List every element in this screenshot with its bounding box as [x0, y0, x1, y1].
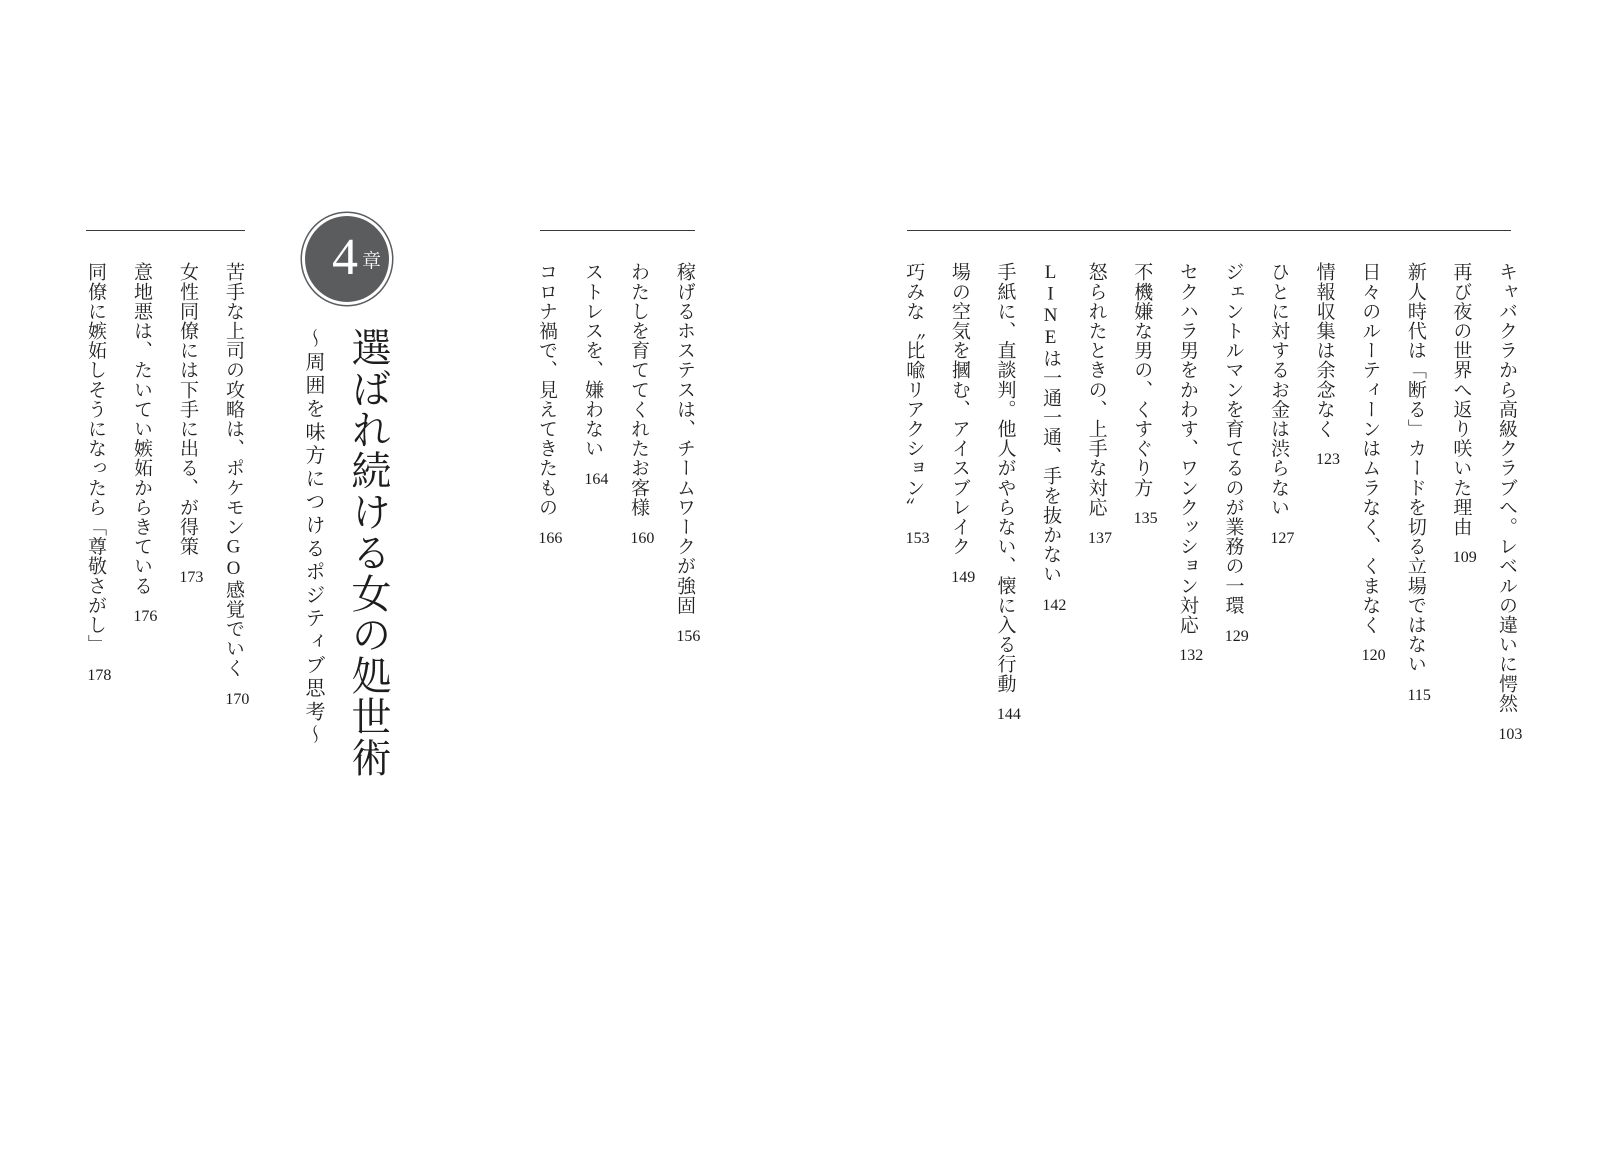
toc-entry: コロナ禍で、見えてきたもの166: [523, 262, 569, 752]
chapter-unit-label: 章: [362, 252, 381, 271]
toc-entry: 不機嫌な男の、くすぐり方135: [1119, 262, 1165, 807]
toc-entry: ジェントルマンを育てるのが業務の一環129: [1210, 262, 1256, 807]
toc-entry: LINEは一通一通、手を抜かない142: [1027, 262, 1073, 807]
toc-entry-title: 情報収集は余念なく: [1314, 262, 1335, 438]
toc-entry-page-number: 149: [951, 570, 975, 586]
toc-entry-title: 場の空気を摑む、アイスブレイク: [949, 262, 970, 556]
section-divider-right: [907, 230, 1511, 231]
toc-entry-page-number: 115: [1407, 688, 1430, 704]
toc-entry: ストレスを、嫌わない164: [569, 262, 615, 752]
toc-entry: 場の空気を摑む、アイスブレイク149: [936, 262, 982, 807]
toc-entry: 稼げるホステスは、チームワークが強固156: [661, 262, 707, 752]
toc-entry-page-number: 166: [538, 531, 562, 547]
toc-entry-page-number: 156: [676, 629, 700, 645]
chapter-title: 選ばれ続ける女の処世術: [346, 327, 390, 778]
toc-entry-page-number: 129: [1225, 629, 1249, 645]
section-divider-left: [86, 230, 245, 231]
toc-entry: 情報収集は余念なく123: [1301, 262, 1347, 807]
toc-entry: 手紙に、直談判。他人がやらない、懐に入る行動144: [982, 262, 1028, 807]
toc-entry-page-number: 137: [1088, 531, 1112, 547]
toc-entry-page-number: 178: [87, 668, 111, 684]
toc-entry-title: 不機嫌な男の、くすぐり方: [1131, 262, 1152, 497]
book-toc-page: { "colors": { "ink": "#222222", "badge_g…: [0, 0, 1600, 1174]
toc-entry: 再び夜の世界へ返り咲いた理由109: [1438, 262, 1484, 807]
toc-entry-page-number: 176: [133, 609, 157, 625]
toc-entry-title: ストレスを、嫌わない: [582, 262, 603, 458]
section-divider-middle: [540, 230, 695, 231]
toc-entry-title: 意地悪は、たいてい嫉妬からきている: [131, 262, 152, 595]
toc-entry-title: ひとに対するお金は渋らない: [1268, 262, 1289, 517]
toc-entry: セクハラ男をかわす、ワンクッション対応132: [1164, 262, 1210, 807]
toc-entry-title: 稼げるホステスは、チームワークが強固: [674, 262, 695, 615]
toc-left-page-lower-entries: 苦手な上司の攻略は、ポケモンGO感覚でいく170 女性同僚には下手に出る、が得策…: [72, 262, 256, 762]
toc-entry-page-number: 127: [1270, 531, 1294, 547]
toc-entry-title: 日々のルーティーンはムラなく、くまなく: [1359, 262, 1380, 634]
toc-entry: 怒られたときの、上手な対応137: [1073, 262, 1119, 807]
toc-entry: 同僚に嫉妬しそうになったら「尊敬さがし」178: [72, 262, 118, 762]
toc-entry: ひとに対するお金は渋らない127: [1255, 262, 1301, 807]
toc-entry-title: 手紙に、直談判。他人がやらない、懐に入る行動: [994, 262, 1015, 693]
toc-entry-page-number: 160: [630, 531, 654, 547]
toc-entry-title: 巧みな〝比喩リアクション〟: [903, 262, 924, 517]
toc-entry-title: 同僚に嫉妬しそうになったら「尊敬さがし」: [85, 262, 106, 654]
toc-left-page-upper-entries: 稼げるホステスは、チームワークが強固156 わたしを育ててくれたお客様160 ス…: [523, 262, 707, 752]
chapter-badge-circle: 4 章: [302, 213, 392, 305]
toc-entry: 苦手な上司の攻略は、ポケモンGO感覚でいく170: [210, 262, 256, 762]
toc-entry-page-number: 120: [1362, 648, 1386, 664]
toc-entry-title: 苦手な上司の攻略は、ポケモンGO感覚でいく: [223, 262, 244, 678]
toc-entry-page-number: 123: [1316, 452, 1340, 468]
toc-entry: わたしを育ててくれたお客様160: [615, 262, 661, 752]
toc-entry-page-number: 109: [1453, 550, 1477, 566]
toc-entry-page-number: 142: [1042, 598, 1066, 614]
toc-entry-title: キャバクラから高級クラブへ。レベルの違いに愕然: [1496, 262, 1517, 713]
toc-entry-title: セクハラ男をかわす、ワンクッション対応: [1177, 262, 1198, 634]
toc-entry-page-number: 173: [179, 570, 203, 586]
toc-entry-title: わたしを育ててくれたお客様: [628, 262, 649, 517]
toc-entry-page-number: 170: [225, 692, 249, 708]
chapter-number: 4: [332, 232, 358, 284]
toc-entry: 巧みな〝比喩リアクション〟153: [891, 262, 937, 807]
toc-entry-title: 新人時代は「断る」カードを切る立場ではない: [1405, 262, 1426, 674]
toc-entry-page-number: 103: [1498, 727, 1522, 743]
toc-entry: 意地悪は、たいてい嫉妬からきている176: [118, 262, 164, 762]
toc-entry-page-number: 164: [584, 472, 608, 488]
toc-entry: 女性同僚には下手に出る、が得策173: [164, 262, 210, 762]
toc-right-page-entries: キャバクラから高級クラブへ。レベルの違いに愕然103 再び夜の世界へ返り咲いた理…: [889, 262, 1529, 807]
toc-entry-title: コロナ禍で、見えてきたもの: [536, 262, 557, 517]
toc-entry-page-number: 135: [1134, 511, 1158, 527]
toc-entry: 日々のルーティーンはムラなく、くまなく120: [1347, 262, 1393, 807]
toc-entry-title: 怒られたときの、上手な対応: [1086, 262, 1107, 517]
toc-entry-page-number: 153: [906, 531, 930, 547]
toc-entry-title: 再び夜の世界へ返り咲いた理由: [1450, 262, 1471, 536]
toc-entry-title: ジェントルマンを育てるのが業務の一環: [1222, 262, 1243, 615]
toc-entry-page-number: 144: [997, 707, 1021, 723]
toc-entry: キャバクラから高級クラブへ。レベルの違いに愕然103: [1483, 262, 1529, 807]
toc-entry: 新人時代は「断る」カードを切る立場ではない115: [1392, 262, 1438, 807]
toc-entry-title: 女性同僚には下手に出る、が得策: [177, 262, 198, 556]
toc-entry-page-number: 132: [1179, 648, 1203, 664]
toc-entry-title: LINEは一通一通、手を抜かない: [1040, 262, 1061, 584]
chapter-subtitle: 〜周囲を味方につけるポジティブ思考〜: [301, 328, 324, 747]
